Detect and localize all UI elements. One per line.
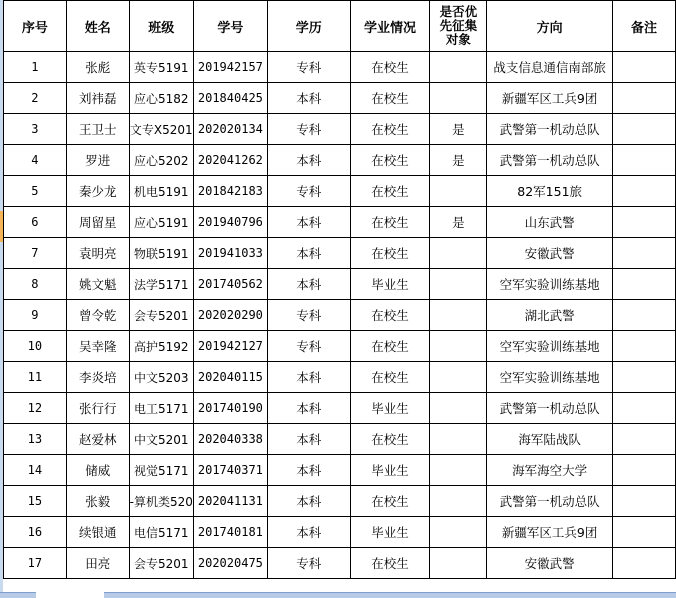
cell-class[interactable]: 英专5191 [129, 52, 193, 83]
cell-status[interactable]: 在校生 [350, 362, 430, 393]
cell-student-id[interactable]: 202040338 [193, 424, 267, 455]
cell-priority[interactable] [430, 300, 487, 331]
cell-note[interactable] [613, 331, 676, 362]
cell-direction[interactable]: 空军实验训练基地 [487, 331, 613, 362]
cell-class[interactable]: 会专5201 [129, 548, 193, 579]
cell-name[interactable]: 储威 [66, 455, 129, 486]
cell-student-id[interactable]: 202020475 [193, 548, 267, 579]
cell-name[interactable]: 赵爱林 [66, 424, 129, 455]
cell-note[interactable] [613, 145, 676, 176]
cell-class[interactable]: 应心5191 [129, 207, 193, 238]
cell-class[interactable]: 电工5171 [129, 393, 193, 424]
cell-class[interactable]: 物联5191 [129, 238, 193, 269]
cell-class[interactable]: 应心5202 [129, 145, 193, 176]
cell-class[interactable]: 法学5171 [129, 269, 193, 300]
cell-name[interactable]: 张彪 [66, 52, 129, 83]
cell-status[interactable]: 在校生 [350, 176, 430, 207]
cell-priority[interactable] [430, 176, 487, 207]
cell-note[interactable] [613, 393, 676, 424]
cell-no[interactable]: 17 [4, 548, 67, 579]
cell-direction[interactable]: 武警第一机动总队 [487, 145, 613, 176]
cell-direction[interactable]: 海军陆战队 [487, 424, 613, 455]
header-direction[interactable]: 方向 [487, 1, 613, 52]
cell-status[interactable]: 在校生 [350, 300, 430, 331]
table-row: 13赵爱林中文5201202040338本科在校生海军陆战队 [4, 424, 676, 455]
cell-student-id[interactable]: 201942127 [193, 331, 267, 362]
cell-note[interactable] [613, 455, 676, 486]
cell-no[interactable]: 9 [4, 300, 67, 331]
cell-education[interactable]: 专科 [267, 300, 350, 331]
cell-student-id[interactable]: 201740371 [193, 455, 267, 486]
cell-note[interactable] [613, 207, 676, 238]
cell-student-id[interactable]: 201941033 [193, 238, 267, 269]
cell-class[interactable]: 中文5201 [129, 424, 193, 455]
cell-priority[interactable] [430, 486, 487, 517]
header-priority-line2: 先征集 [430, 19, 486, 33]
cell-status[interactable]: 在校生 [350, 548, 430, 579]
cell-class[interactable]: 高护5192 [129, 331, 193, 362]
cell-education[interactable]: 本科 [267, 83, 350, 114]
cell-education[interactable]: 专科 [267, 331, 350, 362]
cell-priority[interactable] [430, 455, 487, 486]
cell-note[interactable] [613, 52, 676, 83]
cell-priority[interactable] [430, 548, 487, 579]
cell-student-id[interactable]: 201942157 [193, 52, 267, 83]
cell-note[interactable] [613, 300, 676, 331]
cell-status[interactable]: 毕业生 [350, 393, 430, 424]
cell-direction[interactable]: 新疆军区工兵9团 [487, 83, 613, 114]
cell-no[interactable]: 11 [4, 362, 67, 393]
sheet-tab[interactable] [36, 592, 104, 598]
cell-status[interactable]: 在校生 [350, 331, 430, 362]
cell-priority[interactable]: 是 [430, 207, 487, 238]
cell-note[interactable] [613, 517, 676, 548]
cell-class[interactable]: 视觉5171 [129, 455, 193, 486]
header-education[interactable]: 学历 [267, 1, 350, 52]
cell-no[interactable]: 14 [4, 455, 67, 486]
cell-note[interactable] [613, 362, 676, 393]
cell-direction[interactable]: 海军海空大学 [487, 455, 613, 486]
cell-class[interactable]: 中文5203 [129, 362, 193, 393]
header-row: 序号 姓名 班级 学号 学历 学业情况 是否优 先征集 对象 方向 备注 [4, 1, 676, 52]
cell-education[interactable]: 本科 [267, 486, 350, 517]
cell-direction[interactable]: 新疆军区工兵9团 [487, 517, 613, 548]
cell-name[interactable]: 李炎培 [66, 362, 129, 393]
cell-note[interactable] [613, 548, 676, 579]
cell-direction[interactable]: 战支信息通信南部旅 [487, 52, 613, 83]
cell-name[interactable]: 罗进 [66, 145, 129, 176]
cell-education[interactable]: 专科 [267, 548, 350, 579]
cell-class[interactable]: 文专X5201 [129, 114, 193, 145]
table-row: 2刘祎磊应心5182201840425本科在校生新疆军区工兵9团 [4, 83, 676, 114]
cell-no[interactable]: 12 [4, 393, 67, 424]
cell-direction[interactable]: 武警第一机动总队 [487, 114, 613, 145]
cell-direction[interactable]: 湖北武警 [487, 300, 613, 331]
table-row: 12张行行电工5171201740190本科毕业生武警第一机动总队 [4, 393, 676, 424]
cell-status[interactable]: 在校生 [350, 114, 430, 145]
table-row: 10吴幸隆高护5192201942127专科在校生空军实验训练基地 [4, 331, 676, 362]
table-row: 5秦少龙机电5191201842183专科在校生82军151旅 [4, 176, 676, 207]
cell-status[interactable]: 在校生 [350, 52, 430, 83]
cell-name[interactable]: 曾令乾 [66, 300, 129, 331]
cell-name[interactable]: 张行行 [66, 393, 129, 424]
cell-student-id[interactable]: 202020290 [193, 300, 267, 331]
cell-education[interactable]: 本科 [267, 362, 350, 393]
table-row: 14储威视觉5171201740371本科毕业生海军海空大学 [4, 455, 676, 486]
cell-priority[interactable] [430, 83, 487, 114]
cell-note[interactable] [613, 83, 676, 114]
cell-student-id[interactable]: 201842183 [193, 176, 267, 207]
cell-priority[interactable] [430, 362, 487, 393]
cell-direction[interactable]: 武警第一机动总队 [487, 486, 613, 517]
cell-education[interactable]: 本科 [267, 455, 350, 486]
cell-priority[interactable] [430, 52, 487, 83]
table-row: 16续银通电信5171201740181本科毕业生新疆军区工兵9团 [4, 517, 676, 548]
cell-class[interactable]: 应心5182 [129, 83, 193, 114]
cell-name[interactable]: 姚文魁 [66, 269, 129, 300]
cell-education[interactable]: 本科 [267, 238, 350, 269]
cell-no[interactable]: 13 [4, 424, 67, 455]
table-row: 4罗进应心5202202041262本科在校生是武警第一机动总队 [4, 145, 676, 176]
cell-priority[interactable] [430, 331, 487, 362]
cell-class[interactable]: 机电5191 [129, 176, 193, 207]
cell-priority[interactable] [430, 269, 487, 300]
cell-no[interactable]: 2 [4, 83, 67, 114]
cell-status[interactable]: 毕业生 [350, 455, 430, 486]
cell-no[interactable]: 10 [4, 331, 67, 362]
cell-name[interactable]: 张毅 [66, 486, 129, 517]
cell-note[interactable] [613, 486, 676, 517]
cell-student-id[interactable]: 201740181 [193, 517, 267, 548]
cell-note[interactable] [613, 238, 676, 269]
cell-priority[interactable] [430, 424, 487, 455]
cell-student-id[interactable]: 201840425 [193, 83, 267, 114]
cell-note[interactable] [613, 176, 676, 207]
data-table: 序号 姓名 班级 学号 学历 学业情况 是否优 先征集 对象 方向 备注 1张彪… [3, 0, 676, 579]
header-student-id[interactable]: 学号 [193, 1, 267, 52]
table-row: 9曾令乾会专5201202020290专科在校生湖北武警 [4, 300, 676, 331]
cell-student-id[interactable]: 202040115 [193, 362, 267, 393]
cell-name[interactable]: 续银通 [66, 517, 129, 548]
cell-status[interactable]: 在校生 [350, 424, 430, 455]
cell-name[interactable]: 袁明亮 [66, 238, 129, 269]
cell-priority[interactable] [430, 517, 487, 548]
cell-education[interactable]: 本科 [267, 393, 350, 424]
cell-education[interactable]: 本科 [267, 517, 350, 548]
cell-name[interactable]: 刘祎磊 [66, 83, 129, 114]
cell-class[interactable]: -算机类520 [129, 486, 193, 517]
cell-status[interactable]: 在校生 [350, 486, 430, 517]
cell-no[interactable]: 5 [4, 176, 67, 207]
cell-name[interactable]: 秦少龙 [66, 176, 129, 207]
cell-student-id[interactable]: 202041262 [193, 145, 267, 176]
table-row: 8姚文魁法学5171201740562本科毕业生空军实验训练基地 [4, 269, 676, 300]
cell-direction[interactable]: 安徽武警 [487, 548, 613, 579]
cell-student-id[interactable]: 201740190 [193, 393, 267, 424]
header-priority[interactable]: 是否优 先征集 对象 [430, 1, 487, 52]
header-priority-line3: 对象 [430, 33, 486, 47]
cell-student-id[interactable]: 201940796 [193, 207, 267, 238]
table-row: 7袁明亮物联5191201941033本科在校生安徽武警 [4, 238, 676, 269]
header-no[interactable]: 序号 [4, 1, 67, 52]
cell-education[interactable]: 本科 [267, 145, 350, 176]
cell-status[interactable]: 在校生 [350, 83, 430, 114]
cell-status[interactable]: 在校生 [350, 238, 430, 269]
cell-education[interactable]: 本科 [267, 424, 350, 455]
cell-status[interactable]: 在校生 [350, 207, 430, 238]
cell-no[interactable]: 6 [4, 207, 67, 238]
cell-student-id[interactable]: 201740562 [193, 269, 267, 300]
cell-no[interactable]: 4 [4, 145, 67, 176]
header-name[interactable]: 姓名 [66, 1, 129, 52]
cell-note[interactable] [613, 269, 676, 300]
cell-class[interactable]: 电信5171 [129, 517, 193, 548]
cell-no[interactable]: 8 [4, 269, 67, 300]
cell-name[interactable]: 王卫士 [66, 114, 129, 145]
cell-note[interactable] [613, 424, 676, 455]
cell-no[interactable]: 16 [4, 517, 67, 548]
cell-name[interactable]: 田亮 [66, 548, 129, 579]
cell-no[interactable]: 1 [4, 52, 67, 83]
cell-student-id[interactable]: 202020134 [193, 114, 267, 145]
cell-education[interactable]: 专科 [267, 114, 350, 145]
table-row: 1张彪英专5191201942157专科在校生战支信息通信南部旅 [4, 52, 676, 83]
cell-note[interactable] [613, 114, 676, 145]
table-row: 11李炎培中文5203202040115本科在校生空军实验训练基地 [4, 362, 676, 393]
cell-class[interactable]: 会专5201 [129, 300, 193, 331]
cell-name[interactable]: 吴幸隆 [66, 331, 129, 362]
cell-direction[interactable]: 安徽武警 [487, 238, 613, 269]
cell-no[interactable]: 15 [4, 486, 67, 517]
table-row: 3王卫士文专X5201202020134专科在校生是武警第一机动总队 [4, 114, 676, 145]
cell-direction[interactable]: 空军实验训练基地 [487, 362, 613, 393]
cell-status[interactable]: 在校生 [350, 145, 430, 176]
cell-education[interactable]: 专科 [267, 52, 350, 83]
table-row: 6周留星应心5191201940796本科在校生是山东武警 [4, 207, 676, 238]
header-note[interactable]: 备注 [613, 1, 676, 52]
cell-priority[interactable] [430, 393, 487, 424]
cell-status[interactable]: 毕业生 [350, 517, 430, 548]
cell-direction[interactable]: 空军实验训练基地 [487, 269, 613, 300]
cell-name[interactable]: 周留星 [66, 207, 129, 238]
cell-no[interactable]: 3 [4, 114, 67, 145]
cell-no[interactable]: 7 [4, 238, 67, 269]
cell-education[interactable]: 专科 [267, 176, 350, 207]
header-status[interactable]: 学业情况 [350, 1, 430, 52]
cell-priority[interactable]: 是 [430, 114, 487, 145]
cell-direction[interactable]: 山东武警 [487, 207, 613, 238]
cell-status[interactable]: 毕业生 [350, 269, 430, 300]
cell-direction[interactable]: 武警第一机动总队 [487, 393, 613, 424]
cell-direction[interactable]: 82军151旅 [487, 176, 613, 207]
header-priority-line1: 是否优 [430, 5, 486, 19]
cell-student-id[interactable]: 202041131 [193, 486, 267, 517]
table-row: 15张毅-算机类520202041131本科在校生武警第一机动总队 [4, 486, 676, 517]
cell-education[interactable]: 本科 [267, 269, 350, 300]
cell-priority[interactable]: 是 [430, 145, 487, 176]
header-class[interactable]: 班级 [129, 1, 193, 52]
cell-priority[interactable] [430, 238, 487, 269]
table-row: 17田亮会专5201202020475专科在校生安徽武警 [4, 548, 676, 579]
cell-education[interactable]: 本科 [267, 207, 350, 238]
